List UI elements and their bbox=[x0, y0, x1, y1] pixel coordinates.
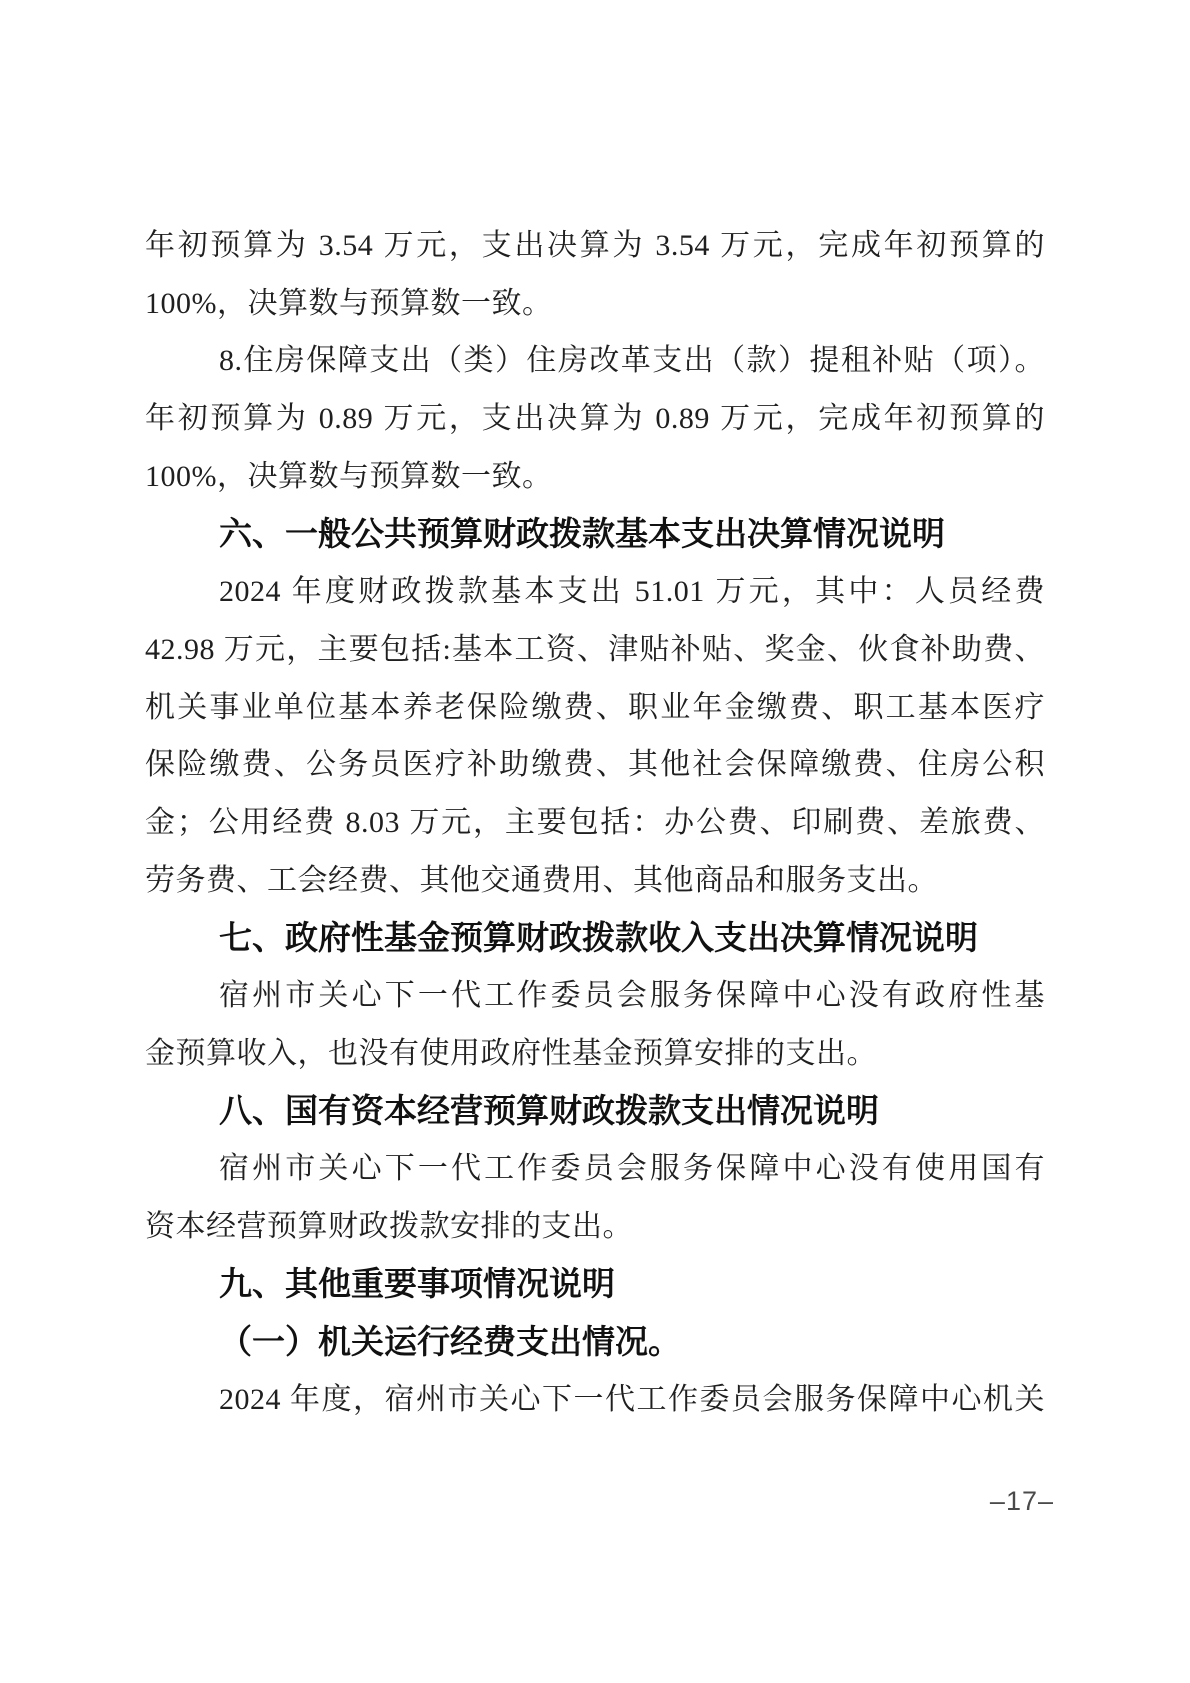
text-line: 42.98 万元，主要包括:基本工资、津贴补贴、奖金、伙食补助费、 bbox=[145, 621, 1045, 679]
section-heading-line: 七、政府性基金预算财政拨款收入支出决算情况说明 bbox=[145, 909, 1045, 967]
text-line: 宿州市关心下一代工作委员会服务保障中心没有使用国有 bbox=[145, 1140, 1045, 1198]
document-body: 年初预算为 3.54 万元，支出决算为 3.54 万元，完成年初预算的100%，… bbox=[145, 217, 1045, 1428]
text-line: 年初预算为 3.54 万元，支出决算为 3.54 万元，完成年初预算的 bbox=[145, 217, 1045, 275]
text-line: 年初预算为 0.89 万元，支出决算为 0.89 万元，完成年初预算的 bbox=[145, 390, 1045, 448]
text-line: 金预算收入，也没有使用政府性基金预算安排的支出。 bbox=[145, 1025, 1045, 1083]
document-page: 年初预算为 3.54 万元，支出决算为 3.54 万元，完成年初预算的100%，… bbox=[0, 0, 1190, 1683]
text-line: 劳务费、工会经费、其他交通费用、其他商品和服务支出。 bbox=[145, 852, 1045, 910]
section-heading-line: （一）机关运行经费支出情况。 bbox=[145, 1313, 1045, 1371]
section-heading-line: 九、其他重要事项情况说明 bbox=[145, 1255, 1045, 1313]
text-line: 2024 年度财政拨款基本支出 51.01 万元，其中：人员经费 bbox=[145, 563, 1045, 621]
text-line: 资本经营预算财政拨款安排的支出。 bbox=[145, 1198, 1045, 1256]
text-line: 2024 年度，宿州市关心下一代工作委员会服务保障中心机关 bbox=[145, 1371, 1045, 1429]
text-line: 8.住房保障支出（类）住房改革支出（款）提租补贴（项）。 bbox=[145, 332, 1045, 390]
section-heading-line: 八、国有资本经营预算财政拨款支出情况说明 bbox=[145, 1082, 1045, 1140]
text-line: 100%，决算数与预算数一致。 bbox=[145, 448, 1045, 506]
text-line: 保险缴费、公务员医疗补助缴费、其他社会保障缴费、住房公积 bbox=[145, 736, 1045, 794]
section-heading-line: 六、一般公共预算财政拨款基本支出决算情况说明 bbox=[145, 505, 1045, 563]
text-line: 机关事业单位基本养老保险缴费、职业年金缴费、职工基本医疗 bbox=[145, 679, 1045, 737]
text-line: 金；公用经费 8.03 万元，主要包括：办公费、印刷费、差旅费、 bbox=[145, 794, 1045, 852]
text-line: 宿州市关心下一代工作委员会服务保障中心没有政府性基 bbox=[145, 967, 1045, 1025]
text-line: 100%，决算数与预算数一致。 bbox=[145, 275, 1045, 333]
page-number: –17– bbox=[990, 1486, 1054, 1517]
